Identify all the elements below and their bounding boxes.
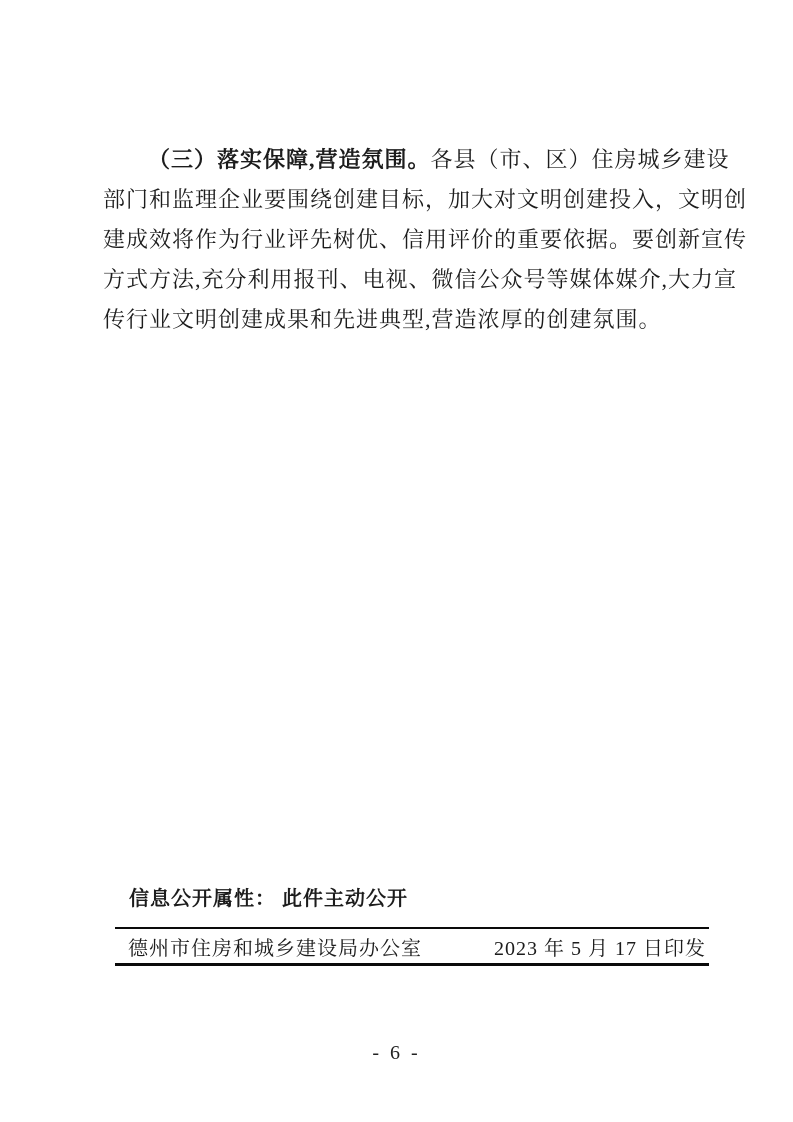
footer-top-rule	[115, 927, 709, 929]
text-line: 方式方法,充分利用报刊、电视、微信公众号等媒体媒介,大力宣	[103, 260, 709, 300]
print-date: 2023 年 5 月 17 日印发	[494, 932, 706, 961]
body-text: 各县（市、区）住房城乡建设	[431, 147, 730, 172]
body-text: 建成效将作为行业评先树优、信用评价的重要依据。要创新宣传	[103, 227, 747, 252]
disclosure-attribute-line: 信息公开属性： 此件主动公开	[129, 884, 408, 914]
text-line: 部门和监理企业要围绕创建目标，加大对文明创建投入，文明创	[103, 180, 709, 220]
document-page: （三）落实保障,营造氛围。各县（市、区）住房城乡建设部门和监理企业要围绕创建目标…	[0, 0, 793, 1122]
issuing-office: 德州市住房和城乡建设局办公室	[128, 932, 422, 961]
footer-issuer-row: 德州市住房和城乡建设局办公室 2023 年 5 月 17 日印发	[115, 930, 709, 962]
text-line: 建成效将作为行业评先树优、信用评价的重要依据。要创新宣传	[103, 220, 709, 260]
section-heading-text: （三）落实保障,营造氛围。	[148, 147, 431, 172]
page-number: - 6 -	[0, 1042, 793, 1065]
body-paragraph-section-3: （三）落实保障,营造氛围。各县（市、区）住房城乡建设部门和监理企业要围绕创建目标…	[103, 140, 709, 340]
text-line: 传行业文明创建成果和先进典型,营造浓厚的创建氛围。	[103, 300, 709, 340]
body-text: 部门和监理企业要围绕创建目标，加大对文明创建投入，文明创	[103, 187, 747, 212]
footer-bottom-rule	[115, 963, 709, 966]
body-text: 方式方法,充分利用报刊、电视、微信公众号等媒体媒介,大力宣	[103, 267, 737, 292]
body-text: 传行业文明创建成果和先进典型,营造浓厚的创建氛围。	[103, 307, 662, 332]
text-line: （三）落实保障,营造氛围。各县（市、区）住房城乡建设	[103, 140, 709, 180]
